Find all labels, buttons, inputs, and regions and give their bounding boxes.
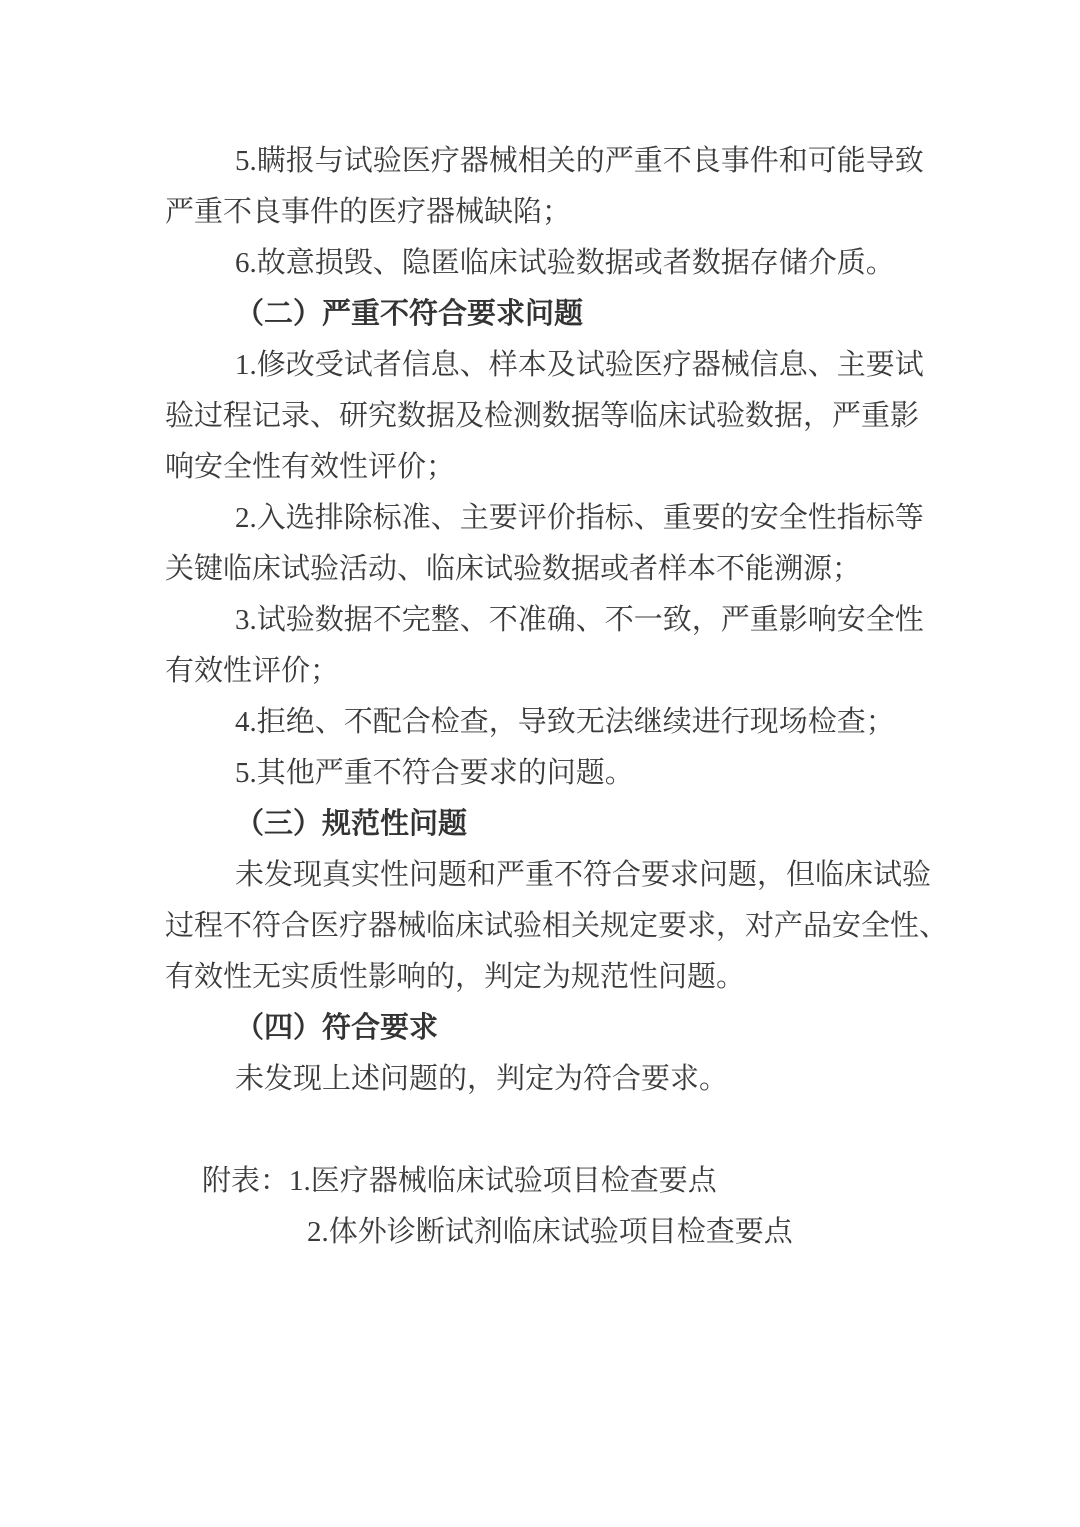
list-item-2-continuation: 关键临床试验活动、临床试验数据或者样本不能溯源； [165,544,955,595]
list-item-5-continuation: 严重不良事件的医疗器械缺陷； [165,187,955,238]
list-item-4-noncompliance: 4.拒绝、不配合检查，导致无法继续进行现场检查； [165,697,955,748]
list-item-1-noncompliance: 1.修改受试者信息、样本及试验医疗器械信息、主要试 [165,340,955,391]
annex-list-item-1: 附表：1.医疗器械临床试验项目检查要点 [165,1156,955,1207]
list-item-1-continuation-a: 验过程记录、研究数据及检测数据等临床试验数据，严重影 [165,391,955,442]
list-item-1-continuation-b: 响安全性有效性评价； [165,442,955,493]
paragraph-normative-line-a: 未发现真实性问题和严重不符合要求问题，但临床试验 [165,850,955,901]
list-item-3-continuation: 有效性评价； [165,646,955,697]
section-heading-2-serious-noncompliance: （二）严重不符合要求问题 [165,289,955,340]
list-item-5-noncompliance: 5.其他严重不符合要求的问题。 [165,748,955,799]
section-heading-4-compliant: （四）符合要求 [165,1003,955,1054]
list-item-5-truthfulness: 5.瞒报与试验医疗器械相关的严重不良事件和可能导致 [165,136,955,187]
paragraph-normative-line-c: 有效性无实质性影响的，判定为规范性问题。 [165,952,955,1003]
paragraph-compliant: 未发现上述问题的，判定为符合要求。 [165,1054,955,1105]
section-heading-3-normative-issues: （三）规范性问题 [165,799,955,850]
list-item-3-noncompliance: 3.试验数据不完整、不准确、不一致，严重影响安全性 [165,595,955,646]
annex-list-item-2: 2.体外诊断试剂临床试验项目检查要点 [165,1207,955,1258]
blank-line [165,1105,955,1156]
list-item-2-noncompliance: 2.入选排除标准、主要评价指标、重要的安全性指标等 [165,493,955,544]
document-body: 5.瞒报与试验医疗器械相关的严重不良事件和可能导致 严重不良事件的医疗器械缺陷；… [165,136,955,1258]
paragraph-normative-line-b: 过程不符合医疗器械临床试验相关规定要求，对产品安全性、 [165,901,955,952]
document-page: 5.瞒报与试验医疗器械相关的严重不良事件和可能导致 严重不良事件的医疗器械缺陷；… [0,0,1080,1527]
list-item-6-truthfulness: 6.故意损毁、隐匿临床试验数据或者数据存储介质。 [165,238,955,289]
